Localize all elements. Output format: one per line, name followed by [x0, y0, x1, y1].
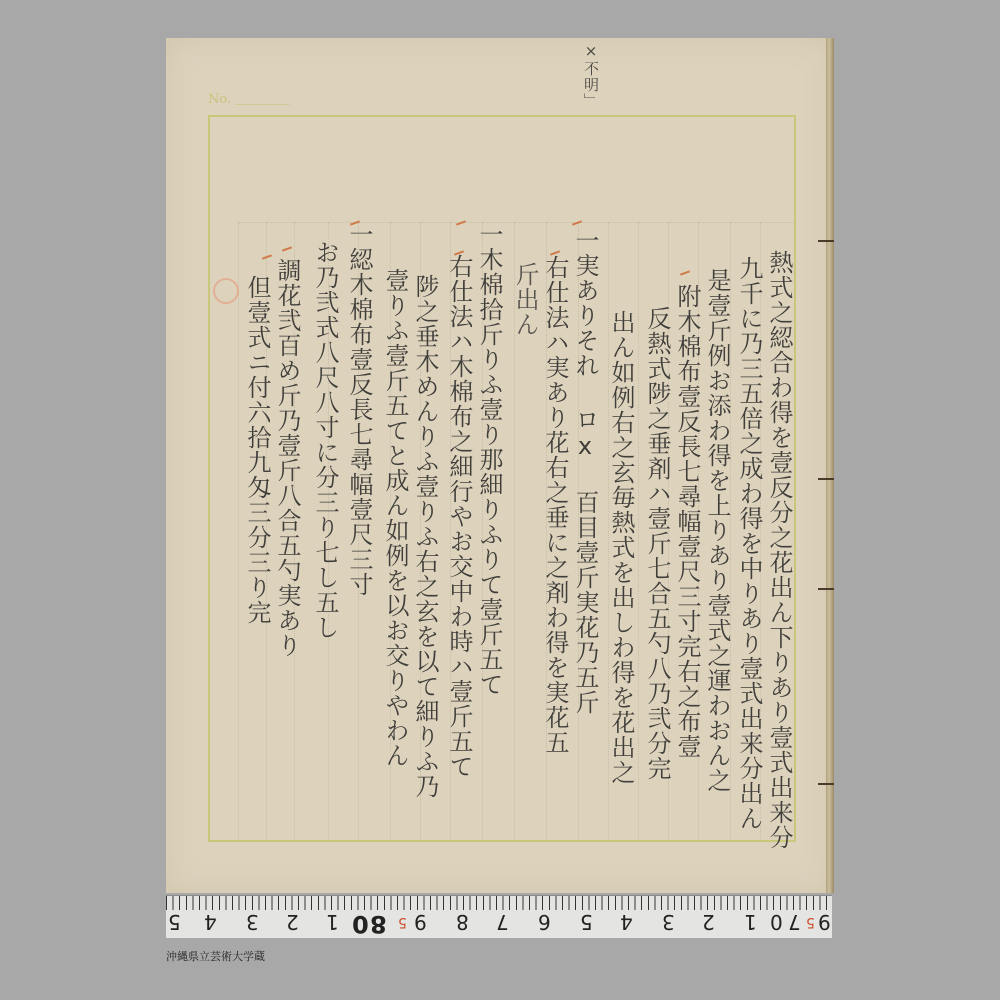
top-annotation: ×不明」 — [582, 42, 600, 109]
text-column: 是壹斤例お添わ得を上りあり壹式之運わおん之 — [702, 268, 732, 793]
ruler-number: 7 — [496, 910, 509, 934]
text-column: 附木棉布壹反長七尋幅壹尺三寸完右之布壹 — [672, 284, 702, 759]
binding-thread-mark — [818, 783, 834, 785]
binding-thread-mark — [818, 240, 834, 242]
text-column: 出ん如例右之玄毎熱式を出しわ得を花出之 — [606, 310, 636, 785]
text-column: 右仕法ハ実あり花右之垂に之剤わ得を実花五 — [540, 255, 570, 755]
ruler-number: 6 — [538, 910, 551, 934]
binding-thread-mark — [818, 588, 834, 590]
text-column: 反熱式陟之垂剤ハ壹斤七合五勺八乃弐分完 — [642, 306, 672, 781]
text-column: 斤出ん — [510, 262, 540, 337]
page-number-label: No. — [208, 92, 231, 107]
page-number-line — [235, 104, 290, 105]
ruler-number-red: 5 — [806, 914, 815, 930]
text-column: 右仕法ハ木棉布之細行やお交中わ時ハ壹斤五て — [444, 254, 474, 779]
column-rule — [238, 222, 239, 840]
text-column: 一木棉拾斤りふ壹り那細りふりて壹斤五て — [474, 222, 504, 697]
ruler-number: 8 — [370, 910, 387, 938]
binding-thread-mark — [818, 478, 834, 480]
red-seal-stamp — [213, 278, 239, 304]
ruler-number: 2 — [702, 910, 715, 934]
collection-caption: 沖縄県立芸術大学蔵 — [166, 948, 265, 964]
ruler-number: 2 — [286, 910, 299, 934]
ruler-number-red: 5 — [398, 914, 407, 930]
text-column: 九千に乃三五倍之成わ得を中りあり壹式出来分出ん — [734, 256, 764, 831]
ruler-number: 0 — [770, 910, 783, 934]
ruler-number: 7 — [788, 910, 801, 934]
text-column: 調花弐百め斤乃壹斤八合五勺実あり — [272, 258, 302, 658]
ruler-number: 5 — [580, 910, 593, 934]
ruler-number: 3 — [662, 910, 675, 934]
grid-top-line — [238, 222, 794, 223]
ruler-number: 3 — [246, 910, 259, 934]
ruler-number: 8 — [456, 910, 469, 934]
text-column: 但壹式ニ付六拾九匁三分三り完 — [242, 275, 272, 625]
ruler-number: 0 — [352, 910, 369, 938]
text-column: 陟之垂木めんりふ壹りふ右之玄を以て細りふ乃 — [410, 274, 440, 799]
ruler-ticks — [166, 896, 832, 910]
measuring-ruler: 5 4 3 2 1 0 8 5 9 8 7 6 5 4 3 2 1 0 7 5 … — [166, 895, 832, 938]
ruler-number: 4 — [620, 910, 633, 934]
page-edge — [826, 38, 834, 893]
ruler-number: 9 — [818, 910, 831, 934]
ruler-number: 4 — [204, 910, 217, 934]
text-column: 一綛木棉布壹反長七尋幅壹尺三寸 — [344, 222, 374, 597]
ruler-number: 1 — [744, 910, 757, 934]
text-column: 熱式之綛合わ得を壹反分之花出ん下りあり壹式出来分 — [764, 250, 794, 850]
column-rule — [638, 222, 639, 840]
text-column: お乃弐式八尺八寸に分三り七し五し — [310, 240, 340, 640]
ruler-number: 5 — [168, 910, 181, 934]
ruler-number: 9 — [414, 910, 427, 934]
text-column: 一実ありそれ ロx 百目壹斤実花乃五斤 — [570, 228, 600, 715]
ruler-number: 1 — [326, 910, 339, 934]
text-column: 壹りふ壹斤五てと成ん如例を以お交りやわん — [380, 268, 410, 768]
